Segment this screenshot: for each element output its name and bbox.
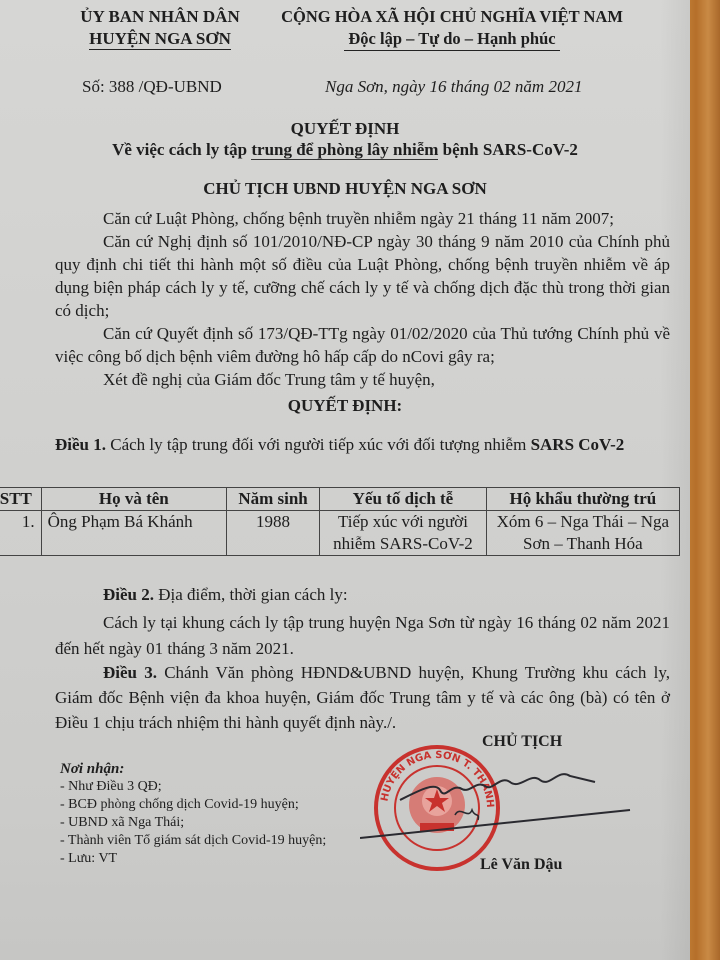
place-date: Nga Sơn, ngày 16 tháng 02 năm 2021 — [325, 77, 582, 97]
national-motto: CỘNG HÒA XÃ HỘI CHỦ NGHĨA VIỆT NAM Độc l… — [272, 6, 632, 51]
preamble-1: Căn cứ Luật Phòng, chống bệnh truyền nhi… — [55, 207, 670, 230]
document-page: ỦY BAN NHÂN DÂN HUYỆN NGA SƠN CỘNG HÒA X… — [0, 0, 690, 960]
cell-residence: Xóm 6 – Nga Thái – Nga Sơn – Thanh Hóa — [486, 511, 679, 556]
recipient-item: - Thành viên Tổ giám sát dịch Covid-19 h… — [60, 832, 326, 850]
cell-name: Ông Phạm Bá Khánh — [41, 511, 226, 556]
preamble-3: Căn cứ Quyết định số 173/QĐ-TTg ngày 01/… — [55, 322, 670, 368]
preamble-4: Xét đề nghị của Giám đốc Trung tâm y tế … — [55, 368, 670, 391]
article-1: Điều 1. Cách ly tập trung đối với người … — [55, 433, 670, 456]
table-header-row: STT Họ và tên Năm sinh Yếu tố dịch tễ Hộ… — [0, 488, 680, 511]
nation-name: CỘNG HÒA XÃ HỘI CHỦ NGHĨA VIỆT NAM — [272, 6, 632, 28]
document-type: QUYẾT ĐỊNH — [0, 119, 690, 139]
article-1-text: Cách ly tập trung đối với người tiếp xúc… — [106, 435, 531, 454]
recipients-heading: Nơi nhận: — [60, 760, 326, 778]
header-name: Họ và tên — [41, 488, 226, 511]
cell-stt: 1. — [0, 511, 41, 556]
document-number: Số: 388 /QĐ-UBND — [82, 77, 222, 97]
agency-line-1: ỦY BAN NHÂN DÂN — [60, 6, 260, 28]
article-2-body: Cách ly tại khung cách ly tập trung huyệ… — [55, 610, 670, 662]
issuing-agency: ỦY BAN NHÂN DÂN HUYỆN NGA SƠN — [60, 6, 260, 50]
preamble-2: Căn cứ Nghị định số 101/2010/NĐ-CP ngày … — [55, 230, 670, 322]
header-stt: STT — [0, 488, 41, 511]
header-epidemiology: Yếu tố dịch tễ — [320, 488, 487, 511]
motto: Độc lập – Tự do – Hạnh phúc — [344, 28, 559, 51]
subject-text-end: bệnh SARS-CoV-2 — [438, 140, 578, 159]
recipient-item: - UBND xã Nga Thái; — [60, 814, 326, 832]
agency-line-2: HUYỆN NGA SƠN — [89, 29, 231, 50]
recipients-block: Nơi nhận: - Như Điều 3 QĐ; - BCĐ phòng c… — [60, 760, 326, 868]
issuing-authority: CHỦ TỊCH UBND HUYỆN NGA SƠN — [0, 179, 690, 199]
article-2-label: Điều 2. — [103, 585, 154, 604]
decision-heading: QUYẾT ĐỊNH: — [0, 396, 690, 416]
table-row: 1. Ông Phạm Bá Khánh 1988 Tiếp xúc với n… — [0, 511, 680, 556]
header-birth-year: Năm sinh — [226, 488, 319, 511]
document-subject: Về việc cách ly tập trung để phòng lây n… — [0, 140, 690, 160]
recipient-item: - BCĐ phòng chống dịch Covid-19 huyện; — [60, 796, 326, 814]
header-residence: Hộ khẩu thường trú — [486, 488, 679, 511]
article-3-label: Điều 3. — [103, 663, 157, 682]
article-2: Điều 2. Địa điểm, thời gian cách ly: — [55, 583, 670, 606]
recipient-item: - Lưu: VT — [60, 850, 326, 868]
subject-text: Về việc cách ly tập — [112, 140, 251, 159]
article-3: Điều 3. Chánh Văn phòng HĐND&UBND huyện,… — [55, 660, 670, 735]
quarantine-table: STT Họ và tên Năm sinh Yếu tố dịch tễ Hộ… — [0, 487, 680, 556]
article-1-virus: SARS CoV-2 — [531, 435, 625, 454]
subject-underlined: trung để phòng lây nhiễm — [251, 140, 438, 160]
article-1-label: Điều 1. — [55, 435, 106, 454]
cell-epidemiology: Tiếp xúc với người nhiễm SARS-CoV-2 — [320, 511, 487, 556]
article-2-text: Địa điểm, thời gian cách ly: — [154, 585, 348, 604]
recipient-item: - Như Điều 3 QĐ; — [60, 778, 326, 796]
cell-birth-year: 1988 — [226, 511, 319, 556]
signer-name: Lê Văn Dậu — [480, 856, 562, 874]
signature-icon — [360, 760, 660, 840]
